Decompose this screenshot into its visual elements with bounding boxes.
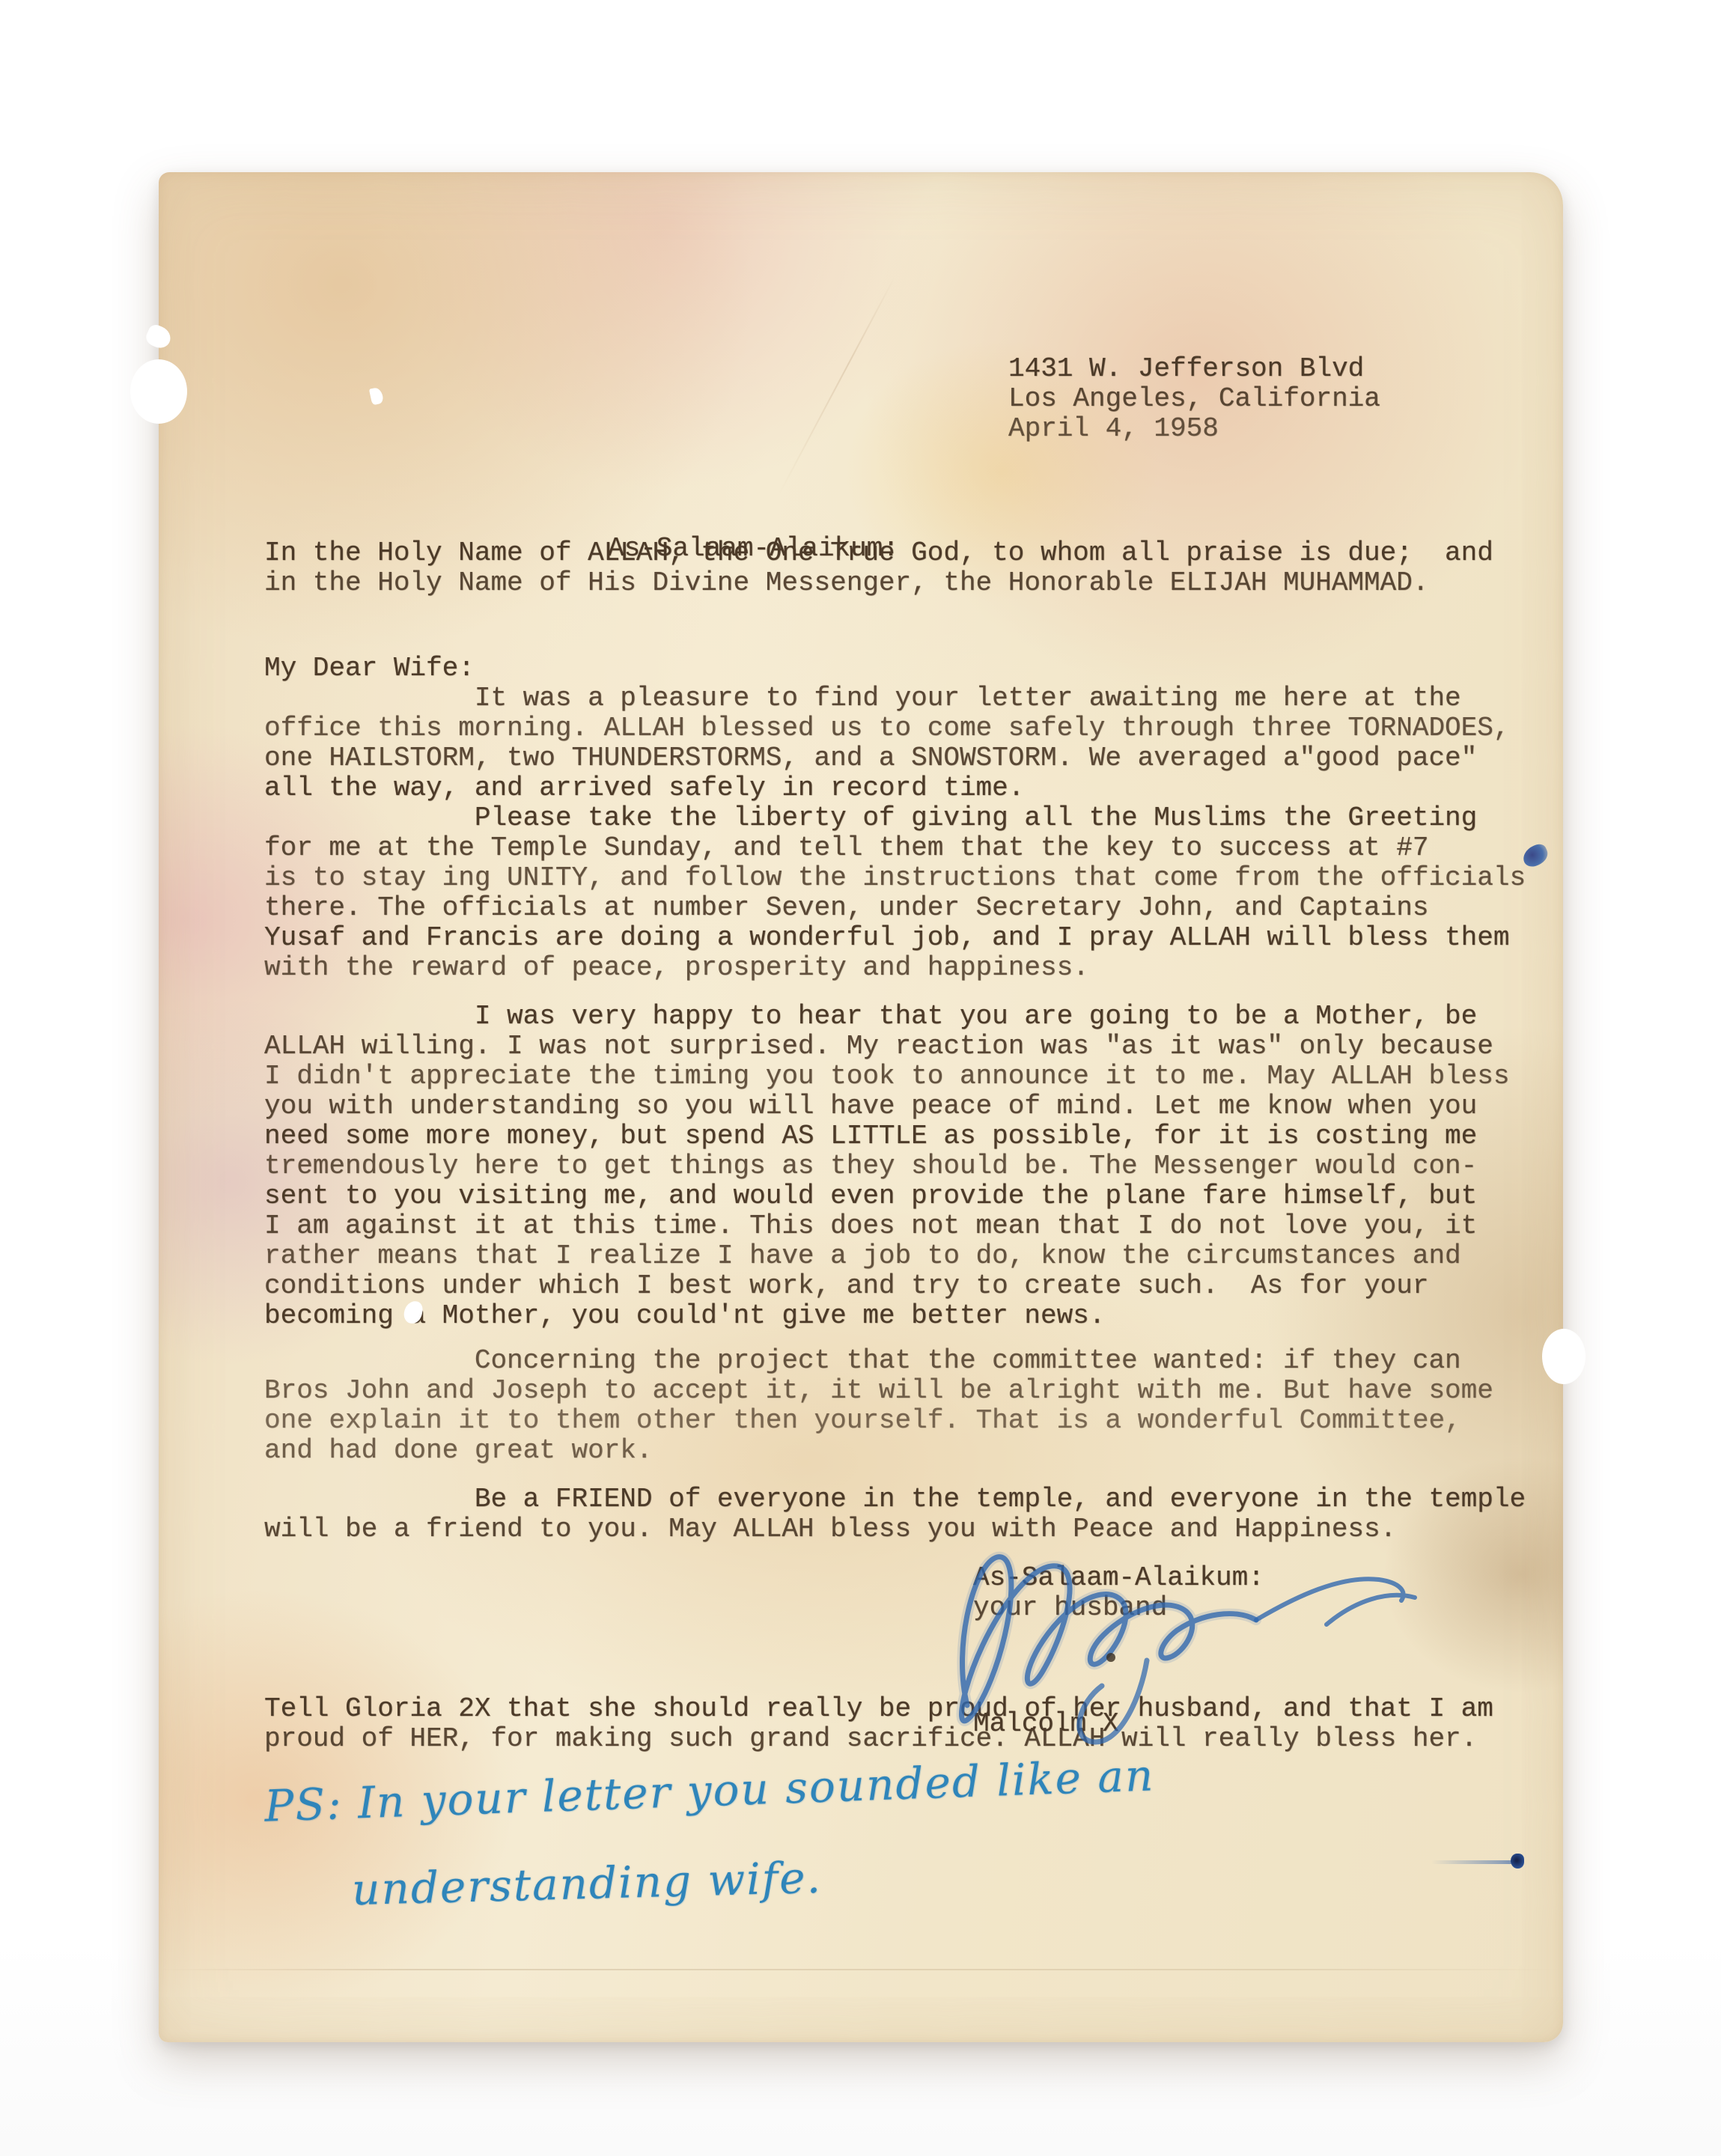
typed-line: My Dear Wife: bbox=[264, 654, 1509, 683]
typed-line: ALLAH willing. I was not surprised. My r… bbox=[264, 1032, 1509, 1062]
typed-line: is to stay ing UNITY, and follow the ins… bbox=[264, 863, 1526, 893]
ink-streak bbox=[1431, 1860, 1515, 1864]
paper-hole bbox=[369, 387, 384, 406]
left-edge-tear bbox=[130, 359, 187, 424]
typed-line: rather means that I realize I have a job… bbox=[264, 1241, 1509, 1271]
typed-line: tremendously here to get things as they … bbox=[264, 1151, 1509, 1181]
typed-line: Concerning the project that the committe… bbox=[264, 1346, 1493, 1376]
signature-scrawl bbox=[922, 1518, 1446, 1765]
typed-line: sent to you visiting me, and would even … bbox=[264, 1181, 1509, 1211]
typed-line: one HAILSTORM, two THUNDERSTORMS, and a … bbox=[264, 743, 1509, 773]
typed-line: with the reward of peace, prosperity and… bbox=[264, 953, 1526, 983]
typed-line: need some more money, but spend AS LITTL… bbox=[264, 1121, 1509, 1151]
typed-line: It was a pleasure to find your letter aw… bbox=[264, 683, 1509, 713]
ink-dot bbox=[1511, 1854, 1524, 1869]
greeting-paragraph: My Dear Wife: It was a pleasure to find … bbox=[264, 654, 1509, 803]
typed-line: in the Holy Name of His Divine Messenger… bbox=[264, 568, 1493, 598]
typed-line: one explain it to them other then yourse… bbox=[264, 1406, 1493, 1436]
typed-line: office this morning. ALLAH blessed us to… bbox=[264, 713, 1509, 743]
typed-line: you with understanding so you will have … bbox=[264, 1091, 1509, 1121]
typed-line: Los Angeles, California bbox=[1008, 384, 1380, 414]
typed-line: there. The officials at number Seven, un… bbox=[264, 893, 1526, 923]
crease-line bbox=[159, 1969, 1563, 1970]
typed-line: I didn't appreciate the timing you took … bbox=[264, 1062, 1509, 1091]
typed-line: for me at the Temple Sunday, and tell th… bbox=[264, 833, 1526, 863]
typed-line: In the Holy Name of ALLAH, the One True … bbox=[264, 538, 1493, 568]
paragraph-2: Please take the liberty of giving all th… bbox=[264, 803, 1526, 983]
left-edge-chip bbox=[144, 323, 174, 352]
paragraph-3: I was very happy to hear that you are go… bbox=[264, 1002, 1509, 1331]
typed-line: Be a FRIEND of everyone in the temple, a… bbox=[264, 1484, 1526, 1514]
typed-line: I am against it at this time. This does … bbox=[264, 1211, 1509, 1241]
paragraph-4: Concerning the project that the committe… bbox=[264, 1346, 1493, 1466]
typed-line: 1431 W. Jefferson Blvd bbox=[1008, 354, 1380, 384]
typed-line: becoming a Mother, you could'nt give me … bbox=[264, 1301, 1509, 1331]
typed-line: conditions under which I best work, and … bbox=[264, 1271, 1509, 1301]
invocation-block: In the Holy Name of ALLAH, the One True … bbox=[264, 538, 1493, 598]
right-edge-tear bbox=[1542, 1329, 1586, 1384]
typed-line: all the way, and arrived safely in recor… bbox=[264, 773, 1509, 803]
postscript-handwritten-line-2: understanding wife. bbox=[351, 1852, 822, 1915]
typed-line: and had done great work. bbox=[264, 1436, 1493, 1466]
postscript-handwritten-line-1: PS: In your letter you sounded like an bbox=[264, 1750, 1155, 1831]
photo-background: 1431 W. Jefferson BlvdLos Angeles, Calif… bbox=[0, 0, 1721, 2156]
address-block: 1431 W. Jefferson BlvdLos Angeles, Calif… bbox=[1008, 354, 1380, 444]
typed-line: Yusaf and Francis are doing a wonderful … bbox=[264, 923, 1526, 953]
typed-line: I was very happy to hear that you are go… bbox=[264, 1002, 1509, 1032]
typed-line: Bros John and Joseph to accept it, it wi… bbox=[264, 1376, 1493, 1406]
crack-line bbox=[779, 276, 896, 495]
ink-speck bbox=[1106, 1653, 1115, 1662]
letter-paper: 1431 W. Jefferson BlvdLos Angeles, Calif… bbox=[159, 172, 1563, 2042]
typed-line: April 4, 1958 bbox=[1008, 414, 1380, 444]
typed-line: Please take the liberty of giving all th… bbox=[264, 803, 1526, 833]
